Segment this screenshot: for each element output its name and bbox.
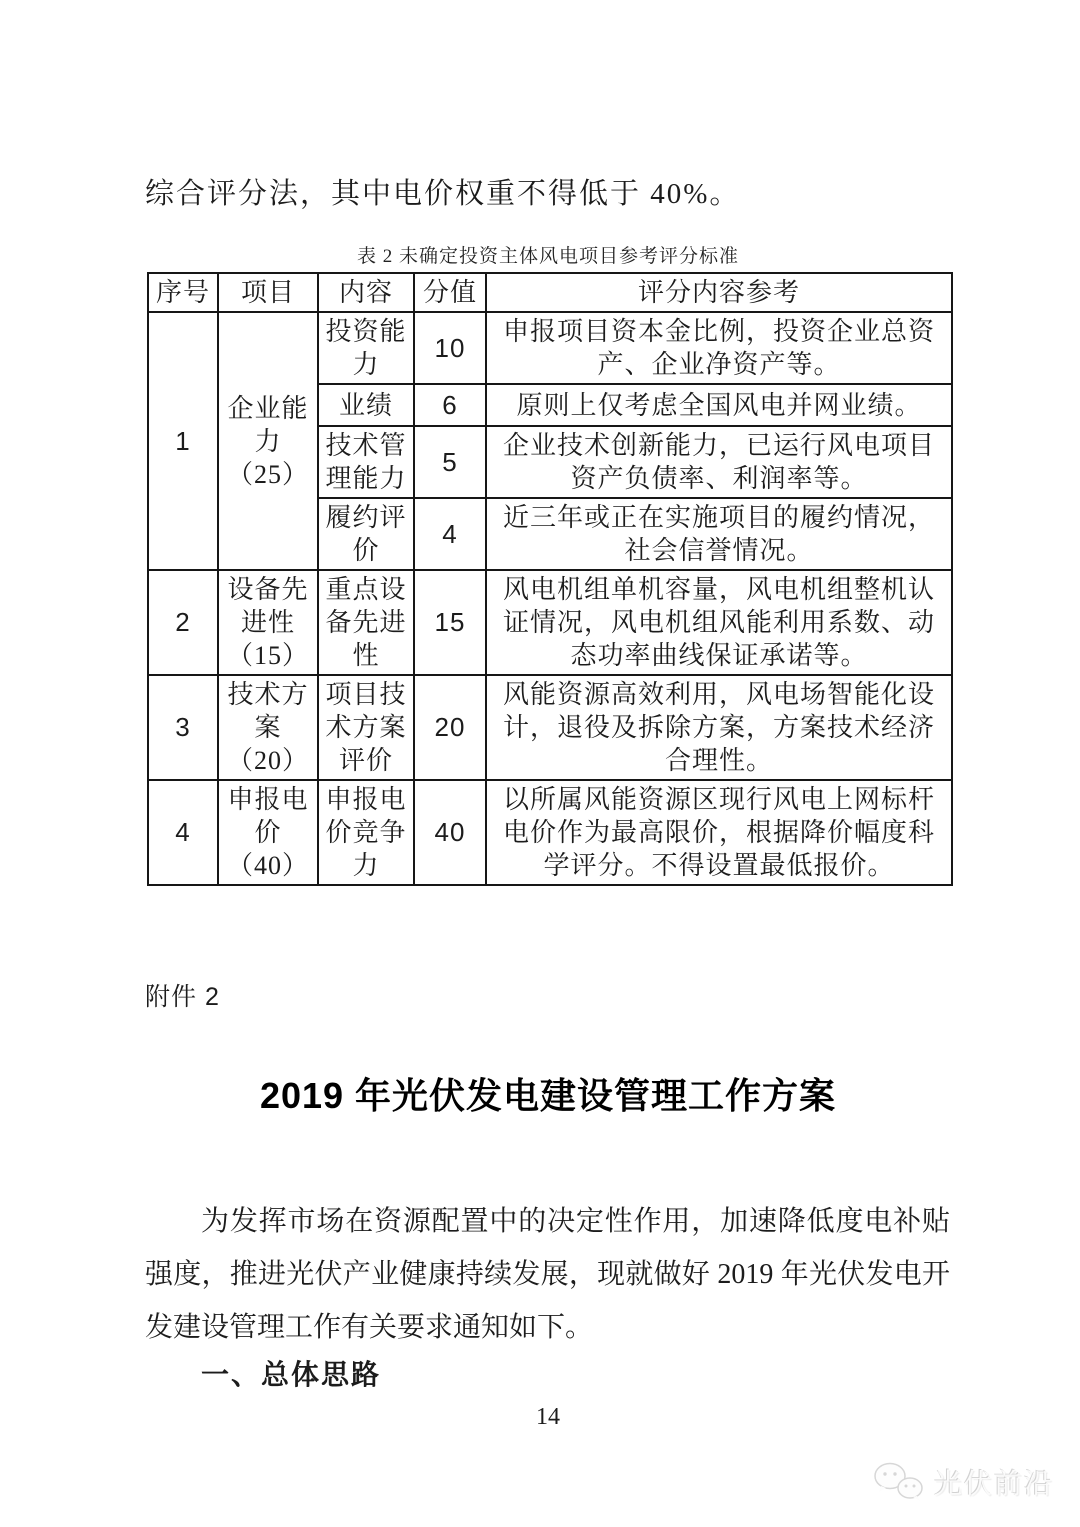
project-cell: 企业能力 （25） — [218, 312, 318, 570]
table-row: 1 企业能力 （25） 投资能力 10 申报项目资本金比例，投资企业总资产、企业… — [148, 312, 952, 384]
index-cell: 2 — [148, 570, 218, 675]
content-cell: 技术管理能力 — [318, 426, 414, 498]
content-cell: 业绩 — [318, 384, 414, 426]
content-cell: 申报电价竞争力 — [318, 780, 414, 885]
table-caption: 表 2 未确定投资主体风电项目参考评分标准 — [145, 245, 951, 268]
index-cell: 1 — [148, 312, 218, 570]
attachment-label: 附件 2 — [145, 982, 951, 1013]
header-project: 项目 — [218, 273, 318, 312]
content-cell: 投资能力 — [318, 312, 414, 384]
table-row: 3 技术方案 （20） 项目技术方案评价 20 风能资源高效利用，风电场智能化设… — [148, 675, 952, 780]
watermark-text: 光伏前沿 — [934, 1462, 1054, 1502]
score-cell: 4 — [414, 498, 486, 570]
reference-cell: 风能资源高效利用，风电场智能化设计，退役及拆除方案，方案技术经济合理性。 — [486, 675, 952, 780]
reference-cell: 以所属风能资源区现行风电上网标杆电价作为最高限价，根据降价幅度科学评分。不得设置… — [486, 780, 952, 885]
score-cell: 5 — [414, 426, 486, 498]
header-content: 内容 — [318, 273, 414, 312]
document-title: 2019 年光伏发电建设管理工作方案 — [145, 1073, 951, 1119]
header-index: 序号 — [148, 273, 218, 312]
project-cell: 申报电价 （40） — [218, 780, 318, 885]
wechat-logo-icon — [873, 1461, 925, 1503]
score-cell: 6 — [414, 384, 486, 426]
project-cell: 设备先进性 （15） — [218, 570, 318, 675]
table-header-row: 序号 项目 内容 分值 评分内容参考 — [148, 273, 952, 312]
content-cell: 履约评价 — [318, 498, 414, 570]
content-cell: 项目技术方案评价 — [318, 675, 414, 780]
scoring-table: 序号 项目 内容 分值 评分内容参考 1 企业能力 （25） 投资能力 10 申… — [147, 272, 953, 886]
content-cell: 重点设备先进性 — [318, 570, 414, 675]
header-reference: 评分内容参考 — [486, 273, 952, 312]
reference-cell: 风电机组单机容量，风电机组整机认证情况，风电机组风能利用系数、动态功率曲线保证承… — [486, 570, 952, 675]
project-cell: 技术方案 （20） — [218, 675, 318, 780]
reference-cell: 申报项目资本金比例，投资企业总资产、企业净资产等。 — [486, 312, 952, 384]
table-row: 2 设备先进性 （15） 重点设备先进性 15 风电机组单机容量，风电机组整机认… — [148, 570, 952, 675]
reference-cell: 原则上仅考虑全国风电并网业绩。 — [486, 384, 952, 426]
document-page: 综合评分法，其中电价权重不得低于 40%。 表 2 未确定投资主体风电项目参考评… — [0, 0, 1080, 1527]
reference-cell: 企业技术创新能力，已运行风电项目资产负债率、利润率等。 — [486, 426, 952, 498]
index-cell: 3 — [148, 675, 218, 780]
score-cell: 40 — [414, 780, 486, 885]
table-row: 4 申报电价 （40） 申报电价竞争力 40 以所属风能资源区现行风电上网标杆电… — [148, 780, 952, 885]
body-paragraph: 为发挥市场在资源配置中的决定性作用，加速降低度电补贴强度，推进光伏产业健康持续发… — [145, 1195, 950, 1354]
header-score: 分值 — [414, 273, 486, 312]
score-cell: 15 — [414, 570, 486, 675]
page-content: 综合评分法，其中电价权重不得低于 40%。 表 2 未确定投资主体风电项目参考评… — [145, 0, 951, 1431]
intro-line: 综合评分法，其中电价权重不得低于 40%。 — [145, 176, 951, 212]
page-number: 14 — [145, 1403, 951, 1431]
index-cell: 4 — [148, 780, 218, 885]
score-cell: 10 — [414, 312, 486, 384]
score-cell: 20 — [414, 675, 486, 780]
section-heading: 一、总体思路 — [145, 1357, 951, 1393]
watermark: 光伏前沿 — [873, 1461, 1054, 1503]
reference-cell: 近三年或正在实施项目的履约情况，社会信誉情况。 — [486, 498, 952, 570]
